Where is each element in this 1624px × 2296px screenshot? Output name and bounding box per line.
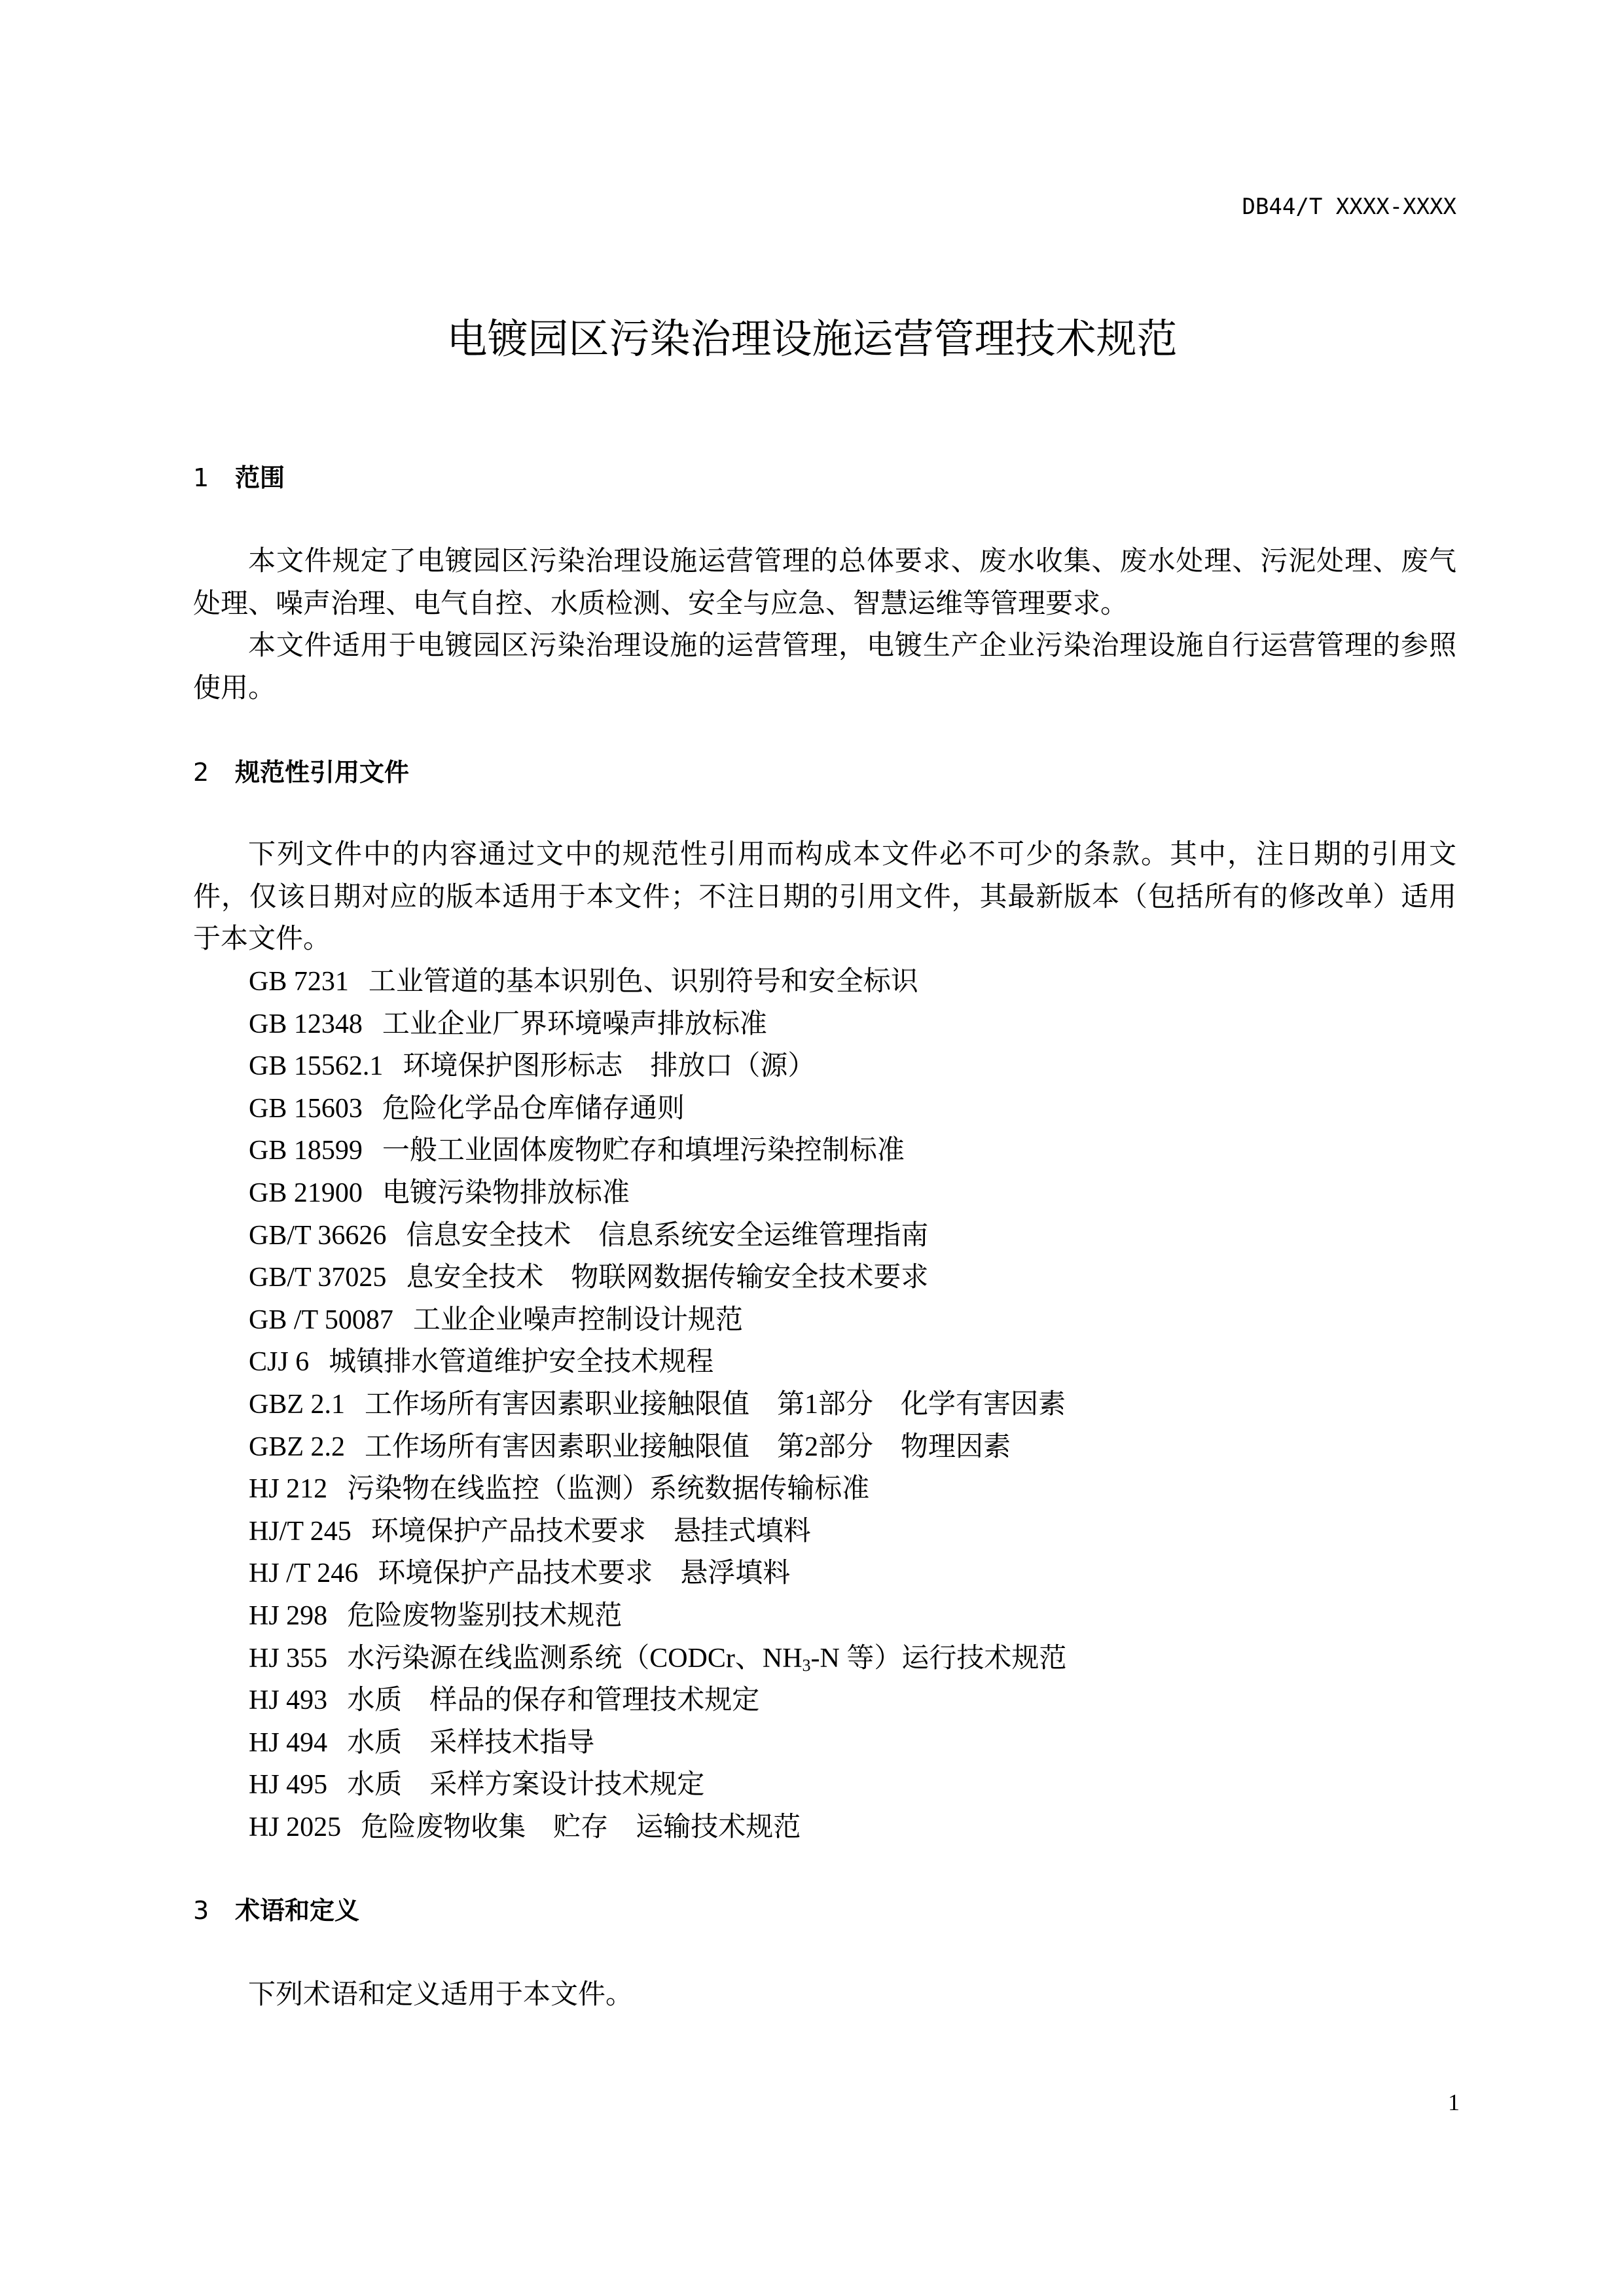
reference-code: CJJ 6 [249, 1347, 309, 1377]
section-heading-terms-and-definitions: 3术语和定义 [193, 1895, 359, 1926]
reference-title: 环境保护图形标志 排放口（源） [403, 1051, 815, 1081]
reference-item: HJ 494水质 采样技术指导 [249, 1722, 1066, 1765]
reference-code: GB/T 37025 [249, 1263, 386, 1293]
reference-code: GB/T 36626 [249, 1221, 386, 1251]
reference-item: HJ/T 245环境保护产品技术要求 悬挂式填料 [249, 1511, 1066, 1553]
reference-code: GBZ 2.1 [249, 1390, 345, 1420]
section-heading-scope: 1范围 [193, 462, 285, 493]
reference-code: HJ 212 [249, 1474, 327, 1504]
reference-title: 电镀污染物排放标准 [382, 1178, 630, 1208]
reference-item: GB 21900电镀污染物排放标准 [249, 1172, 1066, 1215]
reference-code: GB 18599 [249, 1136, 363, 1166]
reference-code: HJ/T 245 [249, 1516, 352, 1547]
document-page: DB44/T XXXX-XXXX 电镀园区污染治理设施运营管理技术规范 1范围 … [0, 0, 1624, 2296]
reference-item: HJ 212污染物在线监控（监测）系统数据传输标准 [249, 1468, 1066, 1511]
reference-title: 城镇排水管道维护安全技术规程 [329, 1347, 713, 1377]
reference-title: 水质 采样方案设计技术规定 [347, 1770, 704, 1800]
reference-code: GB 21900 [249, 1178, 363, 1208]
reference-code: GB /T 50087 [249, 1305, 393, 1335]
reference-title: 息安全技术 物联网数据传输安全技术要求 [406, 1263, 928, 1293]
reference-title: 工业企业厂界环境噪声排放标准 [382, 1009, 767, 1039]
reference-code: GBZ 2.2 [249, 1432, 345, 1462]
document-code: DB44/T XXXX-XXXX [1242, 194, 1456, 220]
reference-code: HJ 298 [249, 1601, 327, 1631]
reference-item: GB 18599一般工业固体废物贮存和填埋污染控制标准 [249, 1130, 1066, 1172]
reference-item: GB 7231工业管道的基本识别色、识别符号和安全标识 [249, 961, 1066, 1003]
reference-list: GB 7231工业管道的基本识别色、识别符号和安全标识 GB 12348工业企业… [249, 961, 1066, 1848]
reference-code: GB 12348 [249, 1009, 363, 1039]
reference-item: GB 15603危险化学品仓库储存通则 [249, 1088, 1066, 1130]
section-title: 术语和定义 [235, 1896, 359, 1925]
scope-paragraph-1: 本文件规定了电镀园区污染治理设施运营管理的总体要求、废水收集、废水处理、污泥处理… [193, 541, 1456, 625]
reference-item: GB /T 50087工业企业噪声控制设计规范 [249, 1299, 1066, 1342]
scope-paragraph-2: 本文件适用于电镀园区污染治理设施的运营管理，电镀生产企业污染治理设施自行运营管理… [193, 625, 1456, 709]
reference-item: HJ 355水污染源在线监测系统（CODCr、NH3-N 等）运行技术规范 [249, 1638, 1066, 1680]
reference-item: GB 15562.1环境保护图形标志 排放口（源） [249, 1045, 1066, 1088]
reference-code: HJ 493 [249, 1685, 327, 1715]
reference-item: HJ /T 246环境保护产品技术要求 悬浮填料 [249, 1552, 1066, 1595]
reference-title: 工作场所有害因素职业接触限值 第1部分 化学有害因素 [365, 1390, 1066, 1420]
reference-code: HJ /T 246 [249, 1558, 358, 1588]
section-number: 1 [193, 462, 235, 493]
reference-title-part: 水污染源在线监测系统（CODCr、NH [347, 1643, 802, 1674]
reference-item: HJ 2025危险废物收集 贮存 运输技术规范 [249, 1806, 1066, 1849]
reference-code: HJ 495 [249, 1770, 327, 1800]
reference-item: HJ 298危险废物鉴别技术规范 [249, 1595, 1066, 1638]
reference-item: GB/T 36626信息安全技术 信息系统安全运维管理指南 [249, 1215, 1066, 1257]
reference-item: GBZ 2.1工作场所有害因素职业接触限值 第1部分 化学有害因素 [249, 1384, 1066, 1426]
reference-code: HJ 2025 [249, 1812, 341, 1842]
reference-code: GB 15562.1 [249, 1051, 383, 1081]
reference-title: 信息安全技术 信息系统安全运维管理指南 [406, 1221, 928, 1251]
reference-title: 危险废物鉴别技术规范 [347, 1601, 622, 1631]
reference-title: 污染物在线监控（监测）系统数据传输标准 [347, 1474, 869, 1504]
subscript: 3 [803, 1656, 811, 1675]
reference-title: 水污染源在线监测系统（CODCr、NH3-N 等）运行技术规范 [347, 1643, 1066, 1674]
section-title: 范围 [235, 463, 285, 492]
reference-title: 水质 采样技术指导 [347, 1728, 594, 1758]
reference-title: 环境保护产品技术要求 悬浮填料 [378, 1558, 790, 1588]
reference-title: 一般工业固体废物贮存和填埋污染控制标准 [382, 1136, 905, 1166]
reference-code: GB 15603 [249, 1094, 363, 1124]
reference-code: GB 7231 [249, 967, 349, 997]
references-intro-paragraph: 下列文件中的内容通过文中的规范性引用而构成本文件必不可少的条款。其中，注日期的引… [193, 834, 1456, 961]
reference-title: 环境保护产品技术要求 悬挂式填料 [371, 1516, 811, 1547]
reference-title-part: -N 等）运行技术规范 [811, 1643, 1067, 1674]
reference-item: HJ 495水质 采样方案设计技术规定 [249, 1764, 1066, 1806]
reference-title: 危险化学品仓库储存通则 [382, 1094, 685, 1124]
reference-title: 工作场所有害因素职业接触限值 第2部分 物理因素 [365, 1432, 1011, 1462]
section-title: 规范性引用文件 [235, 758, 409, 787]
terms-intro-paragraph: 下列术语和定义适用于本文件。 [193, 1974, 1456, 2017]
section-number: 2 [193, 757, 235, 788]
reference-title: 水质 样品的保存和管理技术规定 [347, 1685, 759, 1715]
reference-title: 工业管道的基本识别色、识别符号和安全标识 [369, 967, 918, 997]
section-heading-normative-references: 2规范性引用文件 [193, 757, 409, 788]
reference-title: 危险废物收集 贮存 运输技术规范 [361, 1812, 801, 1842]
reference-item: GB/T 37025息安全技术 物联网数据传输安全技术要求 [249, 1257, 1066, 1299]
reference-item: HJ 493水质 样品的保存和管理技术规定 [249, 1679, 1066, 1722]
reference-item: GBZ 2.2工作场所有害因素职业接触限值 第2部分 物理因素 [249, 1426, 1066, 1469]
reference-item: GB 12348工业企业厂界环境噪声排放标准 [249, 1003, 1066, 1046]
reference-item: CJJ 6城镇排水管道维护安全技术规程 [249, 1341, 1066, 1384]
reference-code: HJ 494 [249, 1728, 327, 1758]
reference-code: HJ 355 [249, 1643, 327, 1674]
page-number: 1 [1448, 2088, 1460, 2117]
section-number: 3 [193, 1895, 235, 1926]
reference-title: 工业企业噪声控制设计规范 [413, 1305, 743, 1335]
document-title: 电镀园区污染治理设施运营管理技术规范 [0, 313, 1624, 365]
